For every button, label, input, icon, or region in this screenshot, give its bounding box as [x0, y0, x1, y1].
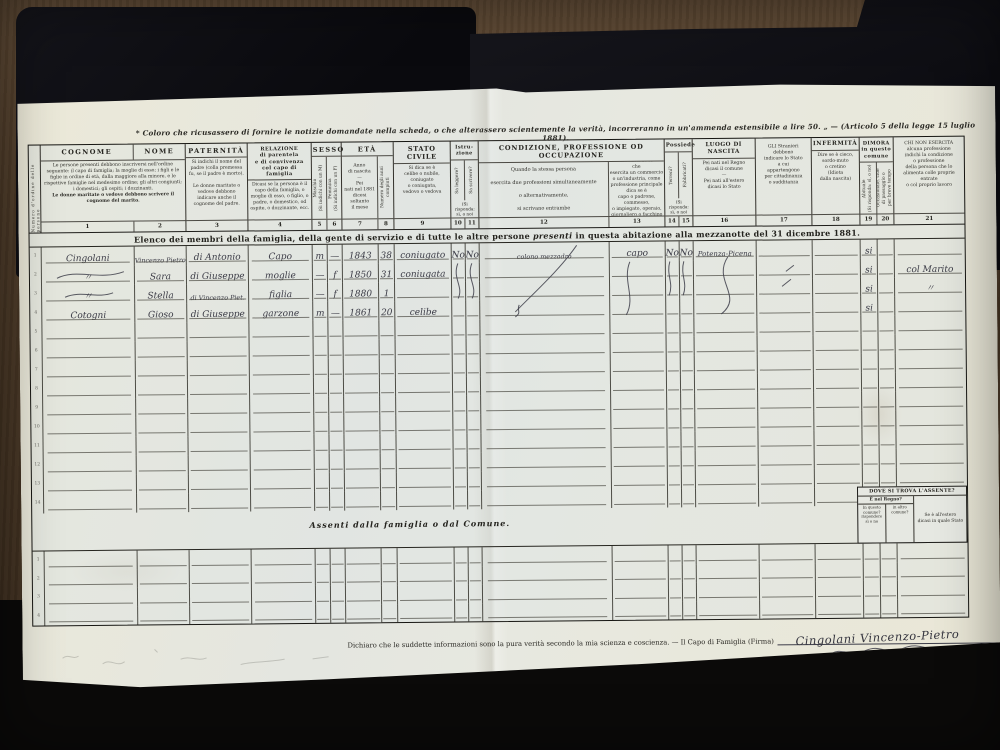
- absent-section-title: Assenti dalla famiglia o dal Comune.: [32, 515, 787, 532]
- row-number-cell: 3: [30, 285, 42, 304]
- table-cell: [694, 317, 757, 337]
- col-number-1: 1: [41, 222, 134, 233]
- col-number-21: 21: [894, 214, 964, 225]
- table-cell: [694, 279, 757, 299]
- row-number-cell: 8: [31, 380, 43, 399]
- table-cell: [452, 281, 466, 300]
- table-cell: [469, 547, 483, 566]
- col-number-13: 13: [609, 217, 664, 228]
- table-cell: [815, 487, 863, 506]
- table-cell: [758, 392, 814, 412]
- col-number-14: 14: [665, 216, 679, 226]
- absent-box-regno: È nel Regno? In questo comune? risponder…: [858, 496, 915, 543]
- table-cell: [483, 565, 613, 585]
- col-la-persona: LA PERSONA che esercita un commercio o u…: [609, 162, 665, 216]
- table-cell: [668, 488, 682, 507]
- table-cell: [453, 338, 467, 357]
- table-cell: [816, 581, 864, 600]
- table-cell: garzone: [249, 302, 313, 322]
- table-cell: [611, 336, 667, 356]
- table-cell: [816, 562, 864, 581]
- table-cell: [483, 546, 613, 566]
- table-cell: [481, 337, 611, 357]
- table-cell: [345, 491, 381, 510]
- table-cell: 1843: [343, 244, 379, 263]
- table-cell: [695, 412, 758, 432]
- col-number-5: 5: [312, 220, 327, 230]
- table-cell: [667, 355, 681, 374]
- table-cell: [397, 453, 454, 473]
- table-cell: [249, 321, 313, 341]
- table-cell: col Marito: [895, 258, 965, 278]
- table-cell: [813, 240, 861, 259]
- table-cell: [344, 358, 380, 377]
- table-cell: moglie: [249, 264, 313, 284]
- col-number-15: 15: [679, 216, 692, 226]
- col-number-11: 11: [465, 218, 478, 228]
- pencil-smudge-marks: [58, 639, 368, 676]
- table-cell: [453, 433, 467, 452]
- column-group-sesso: SESSO Maschio (Si indichi con un M) Femm…: [312, 143, 343, 230]
- absent-box-estero: Se è all'estero dicasi in quale Stato: [914, 496, 966, 542]
- table-cell: [862, 410, 879, 429]
- table-cell: [898, 561, 968, 580]
- column-infermita: INFERMITÀ Dire se è cieco, sordo-muto o …: [812, 138, 861, 225]
- table-cell: [329, 340, 344, 359]
- table-cell: [760, 563, 816, 582]
- table-cell: [453, 357, 467, 376]
- table-cell: [469, 584, 483, 603]
- table-cell: [879, 429, 896, 448]
- table-cell: [138, 606, 190, 625]
- table-cell: [682, 469, 696, 488]
- table-cell: [683, 564, 697, 583]
- table-cell: [696, 450, 759, 470]
- table-cell: [815, 468, 863, 487]
- table-cell: [315, 454, 330, 473]
- col-number-20: 20: [877, 214, 893, 224]
- table-cell: [188, 416, 250, 436]
- table-cell: [136, 417, 188, 436]
- table-cell: [666, 317, 680, 336]
- table-cell: [452, 262, 466, 281]
- table-cell: [758, 335, 814, 355]
- table-cell: [695, 393, 758, 413]
- table-cell: [251, 473, 315, 493]
- table-cell: [613, 601, 669, 620]
- table-cell: [314, 359, 329, 378]
- col-number-9: 9: [394, 219, 450, 230]
- table-cell: [252, 567, 316, 586]
- column-stranieri: GLI Stranieri debbono indicare lo Stato …: [756, 138, 813, 226]
- table-cell: [188, 435, 250, 455]
- table-cell: [452, 319, 466, 338]
- table-cell: [895, 239, 965, 259]
- table-cell: [250, 359, 314, 379]
- table-cell: [760, 600, 816, 619]
- table-cell: [43, 437, 136, 457]
- table-cell: [895, 315, 965, 335]
- table-cell: [666, 260, 680, 279]
- table-cell: [695, 355, 758, 375]
- table-cell: [697, 582, 760, 601]
- table-cell: [896, 334, 966, 354]
- table-cell: di Antonio: [187, 245, 249, 265]
- table-cell: [878, 239, 895, 258]
- table-cell: [344, 415, 380, 434]
- table-cell: [697, 563, 760, 582]
- table-cell: [468, 490, 482, 509]
- table-cell: [813, 297, 861, 316]
- column-luogo-nascita: LUOGO DI NASCITA Pei nati nel Regno dica…: [693, 139, 757, 227]
- table-cell: [344, 339, 380, 358]
- table-cell: No: [666, 241, 680, 260]
- table-cell: [759, 468, 815, 488]
- table-cell: [452, 300, 466, 319]
- table-cell: [881, 562, 898, 581]
- table-cell: [898, 543, 968, 562]
- table-cell: [814, 411, 862, 430]
- table-cell: [879, 391, 896, 410]
- row-number-cell: 5: [30, 323, 42, 342]
- table-cell: f: [328, 264, 343, 283]
- census-table: Numero d'ordine delle persone COGNOME NO…: [28, 136, 970, 627]
- table-cell: [482, 470, 612, 490]
- table-cell: [397, 491, 454, 511]
- table-cell: —: [313, 283, 328, 302]
- table-cell: —: [313, 264, 328, 283]
- census-form-paper: * Coloro che ricusassero di fornire le n…: [17, 81, 1000, 690]
- table-cell: [380, 415, 396, 434]
- table-cell: [45, 588, 138, 607]
- table-cell: [483, 602, 613, 622]
- table-cell: [814, 373, 862, 392]
- table-cell: [344, 434, 380, 453]
- table-cell: [314, 378, 329, 397]
- col-anno-nascita: Anno di nascita — Pei nati nel 1881 dice…: [342, 156, 379, 218]
- table-cell: [878, 315, 895, 334]
- table-cell: [696, 469, 759, 489]
- table-cell: [611, 412, 667, 432]
- row-number-cell: 6: [31, 342, 43, 361]
- table-cell: [666, 298, 680, 317]
- col-dimora-occasionale: Occasionale, cioè di passaggio o per bre…: [877, 162, 893, 213]
- table-cell: [880, 467, 897, 486]
- table-cell: [864, 599, 881, 618]
- table-cell: [346, 567, 382, 586]
- table-cell: si: [861, 258, 878, 277]
- table-cell: [382, 585, 398, 604]
- table-cell: [189, 492, 251, 512]
- table-body: 1CingolaniVincenzo Pietrodi AntonioCapom…: [30, 239, 968, 514]
- table-cell: Cotogni: [42, 304, 135, 324]
- table-cell: [136, 360, 188, 379]
- table-cell: [816, 544, 864, 563]
- absent-rows: 1234: [33, 543, 969, 626]
- table-cell: [252, 604, 316, 623]
- table-cell: [482, 489, 612, 509]
- table-cell: [314, 397, 329, 416]
- table-cell: [695, 431, 758, 451]
- table-cell: [669, 601, 683, 620]
- table-cell: [316, 604, 331, 623]
- table-cell: [467, 376, 481, 395]
- table-cell: [382, 567, 398, 586]
- table-cell: [466, 319, 480, 338]
- col-terreni: Terreni?: [665, 152, 679, 198]
- table-cell: [329, 416, 344, 435]
- table-cell: [330, 454, 345, 473]
- table-cell: [328, 321, 343, 340]
- row-number-cell: 1: [33, 551, 45, 570]
- col-fabbricati: Fabbricati?: [679, 152, 692, 198]
- table-cell: [466, 300, 480, 319]
- row-number-cell: 4: [30, 304, 42, 323]
- table-cell: [251, 454, 315, 474]
- table-cell: [380, 358, 396, 377]
- table-cell: [379, 320, 395, 339]
- table-cell: No: [466, 243, 480, 262]
- table-cell: [469, 603, 483, 622]
- table-cell: [455, 584, 469, 603]
- col-number-12: 12: [479, 217, 609, 228]
- row-number-cell: 3: [33, 588, 45, 607]
- table-cell: [681, 374, 695, 393]
- table-cell: [895, 296, 965, 316]
- table-cell: [680, 279, 694, 298]
- col-title-nome: NOME: [134, 144, 185, 159]
- cognome-nome-note: Le persone presenti debbono inscriversi …: [41, 160, 186, 221]
- col-dimora-abituale: Abituale (Si risponda: sì, o no): [860, 162, 877, 213]
- table-cell: [613, 545, 669, 564]
- table-cell: [683, 545, 697, 564]
- table-cell: [613, 564, 669, 583]
- table-cell: [758, 411, 814, 431]
- column-group-possiede: Possiede Terreni? Fabbricati? (Si rispon…: [665, 139, 694, 226]
- table-cell: [610, 279, 666, 299]
- table-cell: [610, 260, 666, 280]
- table-cell: di Giuseppe: [187, 264, 249, 284]
- table-cell: [669, 564, 683, 583]
- table-cell: celibe: [395, 301, 452, 321]
- table-cell: 31: [379, 263, 395, 282]
- table-cell: [43, 418, 136, 438]
- table-cell: [760, 581, 816, 600]
- table-cell: [396, 358, 453, 378]
- table-cell: f: [328, 283, 343, 302]
- table-cell: [329, 378, 344, 397]
- row-number-cell: 11: [31, 437, 43, 456]
- table-cell: [697, 600, 760, 619]
- table-cell: [315, 492, 330, 511]
- absent-box-questo-comune: In questo comune? rispondere sì o no: [858, 504, 886, 542]
- table-cell: [682, 450, 696, 469]
- table-cell: [864, 562, 881, 581]
- table-cell: 〃: [42, 266, 135, 286]
- table-cell: [190, 586, 252, 605]
- table-cell: [862, 372, 879, 391]
- table-cell: [398, 603, 455, 622]
- table-cell: Vincenzo Pietro: [135, 246, 187, 265]
- table-cell: No: [680, 241, 694, 260]
- table-cell: [331, 549, 346, 568]
- table-cell: coniugato: [395, 244, 452, 264]
- table-cell: [611, 355, 667, 375]
- table-cell: si: [861, 277, 878, 296]
- table-cell: di Vincenzo Piet.: [187, 283, 249, 303]
- table-cell: [455, 566, 469, 585]
- table-cell: [696, 488, 759, 508]
- table-cell: [45, 606, 138, 625]
- table-cell: [136, 341, 188, 360]
- table-cell: [136, 398, 188, 417]
- table-cell: [612, 450, 668, 470]
- col-number-4: 4: [248, 220, 311, 231]
- table-cell: [667, 374, 681, 393]
- table-cell: [382, 604, 398, 623]
- table-cell: [896, 372, 966, 392]
- table-cell: [611, 393, 667, 413]
- row-number-cell: 2: [30, 266, 42, 285]
- table-cell: [861, 315, 878, 334]
- table-cell: [345, 472, 381, 491]
- table-cell: [137, 455, 189, 474]
- table-cell: [453, 376, 467, 395]
- column-stato-civile: STATO CIVILE Si dica se è celibe o nubil…: [394, 142, 452, 230]
- table-cell: [667, 431, 681, 450]
- table-cell: [480, 261, 610, 281]
- table-cell: [682, 488, 696, 507]
- table-cell: [896, 429, 966, 449]
- col-number-2: 2: [134, 221, 185, 231]
- table-cell: [683, 582, 697, 601]
- column-group-dimora: DIMORA in questo comune Abituale (Si ris…: [860, 137, 895, 224]
- table-cell: [454, 471, 468, 490]
- table-cell: [667, 336, 681, 355]
- table-cell: [187, 321, 249, 341]
- table-cell: colono mezzadro: [480, 242, 610, 262]
- table-cell: [346, 585, 382, 604]
- table-cell: —: [328, 302, 343, 321]
- table-cell: [813, 316, 861, 335]
- table-cell: [879, 410, 896, 429]
- column-chi-non-esercita: CHI NON ESERCITA alcuna professione indi…: [894, 137, 965, 225]
- table-cell: [482, 451, 612, 471]
- table-cell: si: [861, 239, 878, 258]
- table-cell: [758, 373, 814, 393]
- table-cell: [331, 567, 346, 586]
- table-cell: [313, 321, 328, 340]
- table-cell: [468, 452, 482, 471]
- table-cell: [814, 354, 862, 373]
- table-cell: [864, 543, 881, 562]
- table-cell: [813, 259, 861, 278]
- table-cell: [881, 543, 898, 562]
- table-cell: [345, 453, 381, 472]
- col-anni-compiuti: Numero degli anni compiuti: [378, 156, 394, 218]
- table-cell: [814, 430, 862, 449]
- column-group-eta: ETÀ Anno di nascita — Pei nati nel 1881 …: [342, 142, 395, 229]
- table-cell: [481, 375, 611, 395]
- table-cell: [331, 604, 346, 623]
- table-cell: [344, 396, 380, 415]
- table-cell: [453, 395, 467, 414]
- row-number-cell: 13: [32, 475, 44, 494]
- table-cell: [250, 378, 314, 398]
- table-cell: [397, 472, 454, 492]
- table-cell: [666, 279, 680, 298]
- table-cell: [896, 410, 966, 430]
- table-cell: [250, 416, 314, 436]
- col-number-3: 3: [186, 221, 247, 232]
- table-cell: [329, 397, 344, 416]
- table-cell: 1850: [343, 263, 379, 282]
- col-number-17: 17: [756, 215, 811, 226]
- absent-box-altro-comune: in altro comune?: [886, 504, 913, 542]
- table-cell: [862, 429, 879, 448]
- table-cell: [455, 603, 469, 622]
- row-number-cell: 1: [30, 247, 42, 266]
- table-cell: [330, 473, 345, 492]
- table-cell: [613, 582, 669, 601]
- table-cell: [380, 339, 396, 358]
- col-due-professioni: Quando la stessa persona esercita due pr…: [479, 162, 610, 217]
- table-cell: [881, 580, 898, 599]
- row-number-cell: 12: [32, 456, 44, 475]
- table-cell: [480, 318, 610, 338]
- table-cell: [188, 340, 250, 360]
- table-cell: [897, 448, 967, 468]
- table-cell: [681, 336, 695, 355]
- table-cell: [481, 432, 611, 452]
- table-cell: [454, 490, 468, 509]
- table-cell: [316, 586, 331, 605]
- table-cell: [862, 353, 879, 372]
- table-cell: [396, 434, 453, 454]
- table-cell: [480, 299, 610, 319]
- table-cell: [863, 448, 880, 467]
- photographed-census-sheet: * Coloro che ricusassero di fornire le n…: [0, 0, 1000, 750]
- table-cell: si: [861, 296, 878, 315]
- table-cell: [878, 258, 895, 277]
- table-cell: [862, 391, 879, 410]
- table-cell: [879, 372, 896, 391]
- table-cell: [880, 448, 897, 467]
- table-cell: Potenza-Picena: [694, 241, 757, 261]
- table-cell: [681, 355, 695, 374]
- col-number-8: 8: [378, 219, 393, 229]
- table-cell: [814, 392, 862, 411]
- table-cell: [136, 379, 188, 398]
- table-cell: [396, 339, 453, 359]
- table-cell: 〃: [895, 277, 965, 297]
- table-cell: [43, 361, 136, 381]
- table-cell: [330, 492, 345, 511]
- table-cell: [758, 354, 814, 374]
- table-cell: [250, 435, 314, 455]
- table-cell: [344, 377, 380, 396]
- table-cell: [667, 412, 681, 431]
- table-cell: Capo: [249, 245, 313, 265]
- rownumber-vertical-label: Numero d'ordine delle persone: [29, 145, 41, 232]
- table-cell: [680, 298, 694, 317]
- table-cell: [398, 585, 455, 604]
- row-number-cell: 2: [33, 570, 45, 589]
- table-cell: [680, 260, 694, 279]
- table-cell: [864, 580, 881, 599]
- table-cell: [316, 549, 331, 568]
- table-cell: [757, 240, 813, 260]
